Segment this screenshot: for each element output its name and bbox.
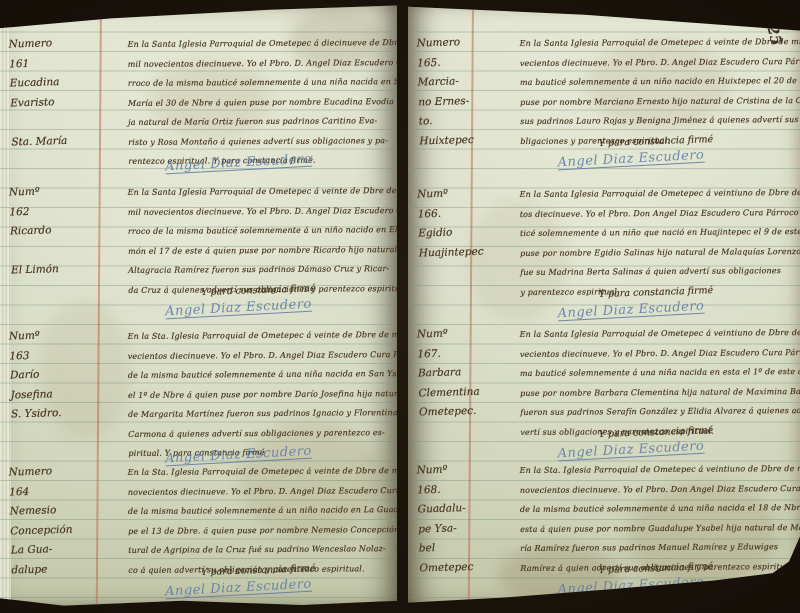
margin-line: Ometepec. (419, 401, 524, 423)
body-line: pe el 13 de Dbre. á quien puse por nombr… (128, 520, 392, 541)
body-line: En la Santa Iglesia Parroquial de Ometep… (520, 323, 796, 344)
body-line: En la Sta. Iglesia Parroquial de Ometepe… (128, 461, 392, 482)
body-line: vecientos diecinueve. Yo el Pbro. D. Ang… (520, 52, 796, 73)
entry-margin-note: Numero161EucadinaEvaristo Sta. María (8, 33, 115, 153)
body-line: fueron sus padrinos Serafín González y E… (520, 401, 796, 422)
body-line: puse por nombre Egidio Salinas hijo natu… (520, 242, 796, 263)
body-line: tural de Agripina de la Cruz fué su padr… (128, 539, 392, 560)
body-line: el 1º de Nbre á quien puse por nombre Da… (128, 384, 392, 405)
right-page: 25 Numero165.Marcia-no Ernes-to.Huixtepe… (408, 0, 800, 613)
body-line: mil novecientos diecinueve. Yo el Pbro. … (128, 53, 392, 74)
left-page: Numero161EucadinaEvaristo Sta. MaríaEn l… (0, 0, 397, 613)
body-line: En la Sta. Iglesia Parroquial de Ometepe… (128, 325, 392, 346)
body-line: En la Sta. Iglesia Parroquial de Ometepe… (520, 459, 796, 480)
margin-line: Huajintepec (419, 241, 524, 263)
body-line: ma bauticé solemnemente á una niña nacid… (520, 362, 796, 383)
entry-margin-note: Numº162Ricardo El Limón (9, 181, 116, 281)
body-line: ma bauticé solemnemente á un niño nacido… (520, 71, 796, 92)
body-line: vecientos diecinueve. Yo el Pbro. D. Ang… (128, 345, 392, 366)
body-line: de la misma bauticé solemnemente á una n… (520, 498, 796, 519)
body-line: vecientos diecinueve. Yo el Pbro. D. Ang… (520, 343, 796, 364)
body-line: En la Santa Iglesia Parroquial de Ometep… (520, 32, 796, 53)
body-line: de Margarita Martínez fueron sus padrino… (128, 403, 392, 424)
body-line: novecientos diecinueve. Yo el Pbro. D. A… (128, 481, 392, 502)
entry-margin-note: Numº166.EgidioHuajintepec (417, 183, 523, 264)
body-line: María el 30 de Nbre á quien puse por nom… (128, 92, 392, 113)
body-line: rroco de la misma bauticé solemnemente á… (128, 220, 392, 241)
body-line: ticé solemnemente á un niño que nació en… (520, 222, 796, 243)
photographed-register-book: Numero161EucadinaEvaristo Sta. MaríaEn l… (0, 0, 800, 613)
body-line: fue su Madrina Berta Salinas á quien adv… (520, 261, 796, 282)
entry-margin-note: Numero164NemesioConcepciónLa Gua-dalupe (8, 461, 115, 581)
body-line: sus padrinos Lauro Rojas y Benigna Jimén… (520, 110, 796, 131)
body-line: de la misma bauticé solemnemente á una n… (128, 364, 392, 385)
body-line: rroco de la misma bauticé solemnemente á… (128, 72, 392, 93)
margin-line: Ometepec (419, 556, 524, 578)
body-line: En la Santa Iglesia Parroquial de Ometep… (520, 183, 796, 204)
entry-margin-note: Numº163DaríoJosefinaS. Ysidro. (9, 325, 116, 425)
margin-line: El Limón (11, 259, 116, 281)
margin-line: Huixtepec (419, 129, 524, 151)
body-line: mil novecientos diecinueve. Yo el Pbro. … (128, 201, 392, 222)
margin-line: S. Ysidro. (11, 403, 116, 425)
body-line: món el 17 de este á quien puse por nombr… (128, 240, 392, 261)
entry-margin-note: Numero165.Marcia-no Ernes-to.Huixtepec (416, 32, 523, 152)
body-line: novecientos diecinueve. Yo el Pbro. Don … (520, 479, 796, 500)
body-line: ja natural de María Ortiz fueron sus pad… (128, 111, 392, 132)
body-line: puse por nombre Barbara Clementina hija … (520, 382, 796, 403)
margin-line: dalupe (11, 558, 116, 580)
entry-margin-note: Numº167.BarbaraClementinaOmetepec. (417, 323, 524, 423)
body-line: puse por nombre Marciano Ernesto hijo na… (520, 91, 796, 112)
body-line: Altagracia Ramírez fueron sus padrinos D… (128, 259, 392, 280)
body-line: En la Santa Iglesia Parroquial de Ometep… (128, 33, 392, 54)
body-line: ría Ramírez fueron sus padrinos Manuel R… (520, 537, 796, 558)
body-line: En la Santa Iglesia Parroquial de Ometep… (128, 181, 392, 202)
body-line: de la misma bauticé solemnemente á un ni… (128, 500, 392, 521)
body-line: tos diecinueve. Yo el Pbro. Don Angel Di… (520, 203, 796, 224)
entry-margin-note: Numº168.Guadalu-pe Ysa-belOmetepec (416, 459, 523, 579)
margin-line: Sta. María (11, 130, 116, 152)
body-line: esta á quien puse por nombre Guadalupe Y… (520, 518, 796, 539)
